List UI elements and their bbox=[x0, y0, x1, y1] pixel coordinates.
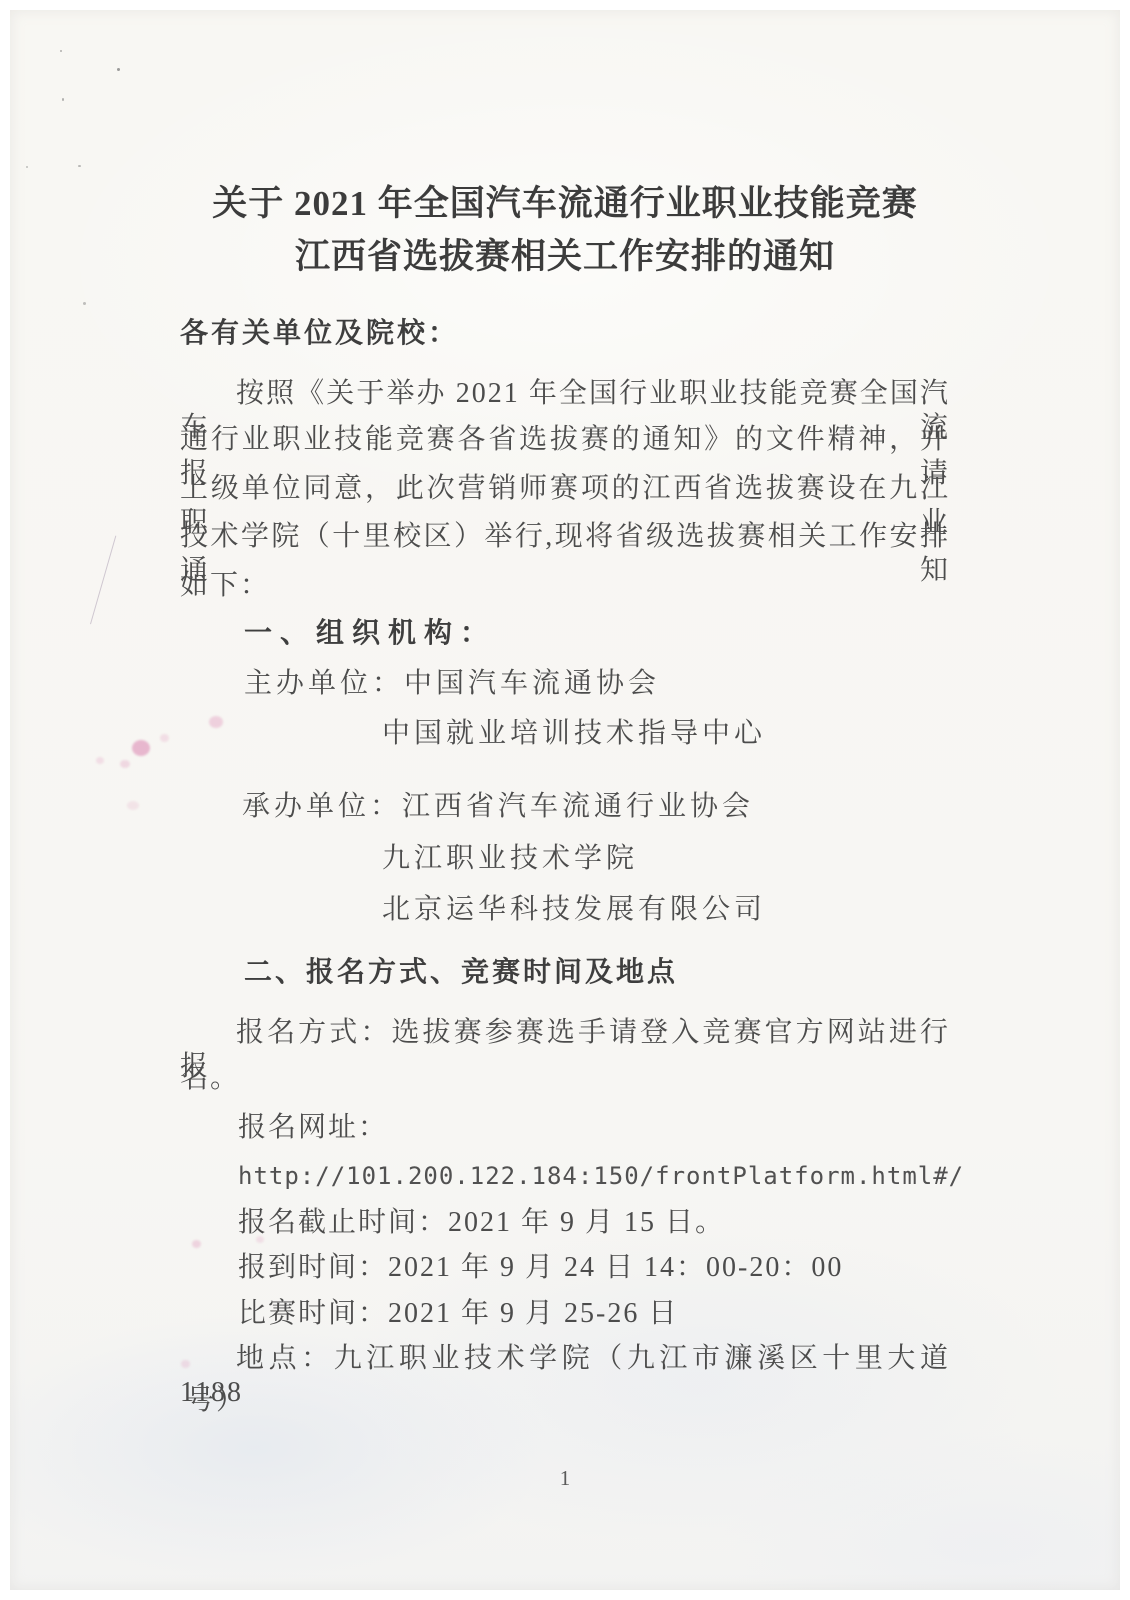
registration-url-label: 报名网址： bbox=[238, 1111, 388, 1145]
scan-speck bbox=[117, 68, 120, 71]
organizer-unit-line: 承办单位：江西省汽车流通行业协会 bbox=[242, 790, 754, 824]
pencil-scratch bbox=[90, 536, 116, 625]
page-number: 1 bbox=[180, 1466, 950, 1491]
document-body: 各有关单位及院校： 按照《关于举办 2021 年全国行业职业技能竞赛全国汽车流 … bbox=[180, 10, 950, 1590]
scan-speck bbox=[78, 165, 81, 167]
scan-speck bbox=[26, 166, 28, 168]
location-line-1: 地点：九江职业技术学院（九江市濂溪区十里大道 1188 bbox=[180, 1342, 950, 1410]
scan-speck bbox=[62, 98, 64, 101]
pink-smudge bbox=[96, 757, 104, 764]
checkin-time: 报到时间：2021 年 9 月 24 日 14：00-20：00 bbox=[238, 1251, 843, 1285]
competition-time: 比赛时间：2021 年 9 月 25-26 日 bbox=[238, 1297, 678, 1331]
section1-heading: 一、组织机构： bbox=[244, 616, 496, 650]
pink-smudge bbox=[132, 740, 150, 756]
location-line-2: 号） bbox=[186, 1384, 246, 1418]
pink-smudge bbox=[120, 760, 130, 768]
section2-heading: 二、报名方式、竞赛时间及地点 bbox=[244, 955, 678, 989]
pink-smudge bbox=[160, 734, 169, 742]
pink-smudge bbox=[127, 801, 139, 810]
organizer-unit-line-3: 北京运华科技发展有限公司 bbox=[382, 893, 766, 927]
scan-speck bbox=[83, 302, 86, 305]
scanned-page: 关于 2021 年全国汽车流通行业职业技能竞赛 江西省选拔赛相关工作安排的通知 … bbox=[10, 10, 1120, 1590]
registration-deadline: 报名截止时间：2021 年 9 月 15 日。 bbox=[238, 1206, 725, 1240]
host-unit-line: 主办单位：中国汽车流通协会 bbox=[244, 667, 660, 701]
intro-line-5: 如下： bbox=[180, 569, 270, 603]
registration-url: http://101.200.122.184:150/frontPlatform… bbox=[238, 1159, 964, 1193]
registration-method-line-2: 名。 bbox=[180, 1062, 240, 1096]
salutation: 各有关单位及院校： bbox=[180, 316, 459, 350]
host-unit-line-2: 中国就业培训技术指导中心 bbox=[382, 717, 766, 751]
registration-method-line-1: 报名方式：选拔赛参赛选手请登入竞赛官方网站进行报 bbox=[180, 1016, 950, 1084]
intro-line-4: 技术学院（十里校区）举行,现将省级选拔赛相关工作安排通知 bbox=[180, 520, 950, 588]
organizer-unit-line-2: 九江职业技术学院 bbox=[382, 842, 638, 876]
scan-speck bbox=[60, 50, 62, 52]
